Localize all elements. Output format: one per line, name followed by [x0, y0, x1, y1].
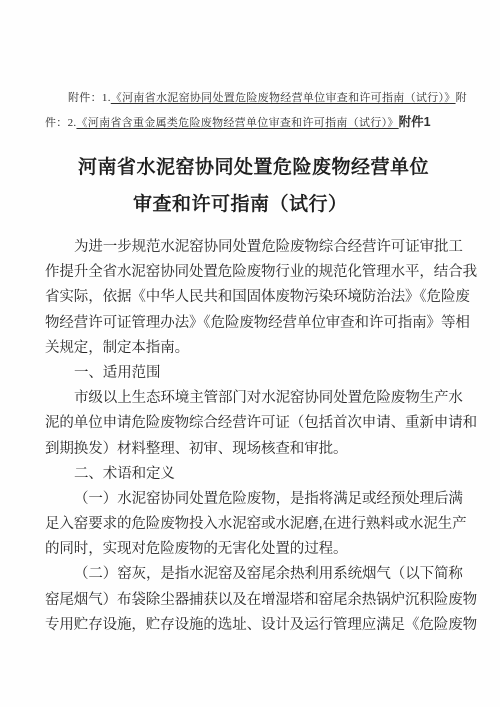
- attachment-note-line-2: 件：2.《河南省含重金属类危险废物经营单位审查和许可指南（试行）》附件1: [45, 110, 469, 135]
- appendix-marker: 附件1: [399, 115, 431, 129]
- attachment-continuation: 件：: [45, 117, 68, 129]
- attachment-item-2-title: 《河南省含重金属类危险废物经营单位审查和许可指南（试行）》: [76, 117, 398, 129]
- section-heading-1: 一、适用范围: [45, 361, 469, 386]
- section-heading-2: 二、术语和定义: [45, 462, 469, 487]
- attachment-label: 附件：: [68, 92, 102, 104]
- attachment-item-1-number: 1.: [102, 92, 111, 104]
- attachment-wrap-char: 附: [456, 92, 467, 104]
- document-title: 河南省水泥窑协同处置危险废物经营单位 审查和许可指南（试行）: [45, 149, 462, 223]
- body-line: 窑尾烟气）布袋除尘器捕获以及在增湿塔和窑尾余热锅炉沉积险废物: [45, 588, 469, 613]
- body-line: 专用贮存设施，贮存设施的选址、设计及运行管理应满足《危险废物: [45, 613, 469, 638]
- attachment-note-line-1: 附件：1.《河南省水泥窑协同处置危险废物经营单位审查和许可指南（试行）》附: [45, 86, 469, 110]
- body-line: （一）水泥窑协同处置危险废物，是指将满足或经预处理后满: [45, 487, 469, 512]
- document-title-line-1: 河南省水泥窑协同处置危险废物经营单位: [45, 149, 462, 186]
- body-line: 市级以上生态环境主管部门对水泥窑协同处置危险废物生产水: [45, 386, 469, 411]
- body-line: 为进一步规范水泥窑协同处置危险废物综合经营许可证审批工: [45, 235, 469, 260]
- body-line: 足入窑要求的危险废物投入水泥窑或水泥磨,在进行熟料或水泥生产: [45, 512, 469, 537]
- body-line: 关规定，制定本指南。: [45, 336, 469, 361]
- body-line: 的同时，实现对危险废物的无害化处置的过程。: [45, 537, 469, 562]
- body-line: 泥的单位申请危险废物综合经营许可证（包括首次申请、重新申请和: [45, 411, 469, 436]
- body-line: 物经营许可证管理办法》《危险废物经营单位审查和许可指南》等相: [45, 311, 469, 336]
- body-line: （二）窑灰，是指水泥窑及窑尾余热利用系统烟气（以下简称: [45, 562, 469, 587]
- body-line: 作提升全省水泥窑协同处置危险废物行业的规范化管理水平，结合我: [45, 260, 469, 285]
- document-page: 附件：1.《河南省水泥窑协同处置危险废物经营单位审查和许可指南（试行）》附 件：…: [0, 0, 500, 707]
- document-title-line-2: 审查和许可指南（试行）: [45, 186, 462, 223]
- body-paragraphs: 为进一步规范水泥窑协同处置危险废物综合经营许可证审批工 作提升全省水泥窑协同处置…: [45, 235, 469, 638]
- attachment-item-1-title: 《河南省水泥窑协同处置危险废物经营单位审查和许可指南（试行）》: [111, 92, 456, 104]
- attachment-note: 附件：1.《河南省水泥窑协同处置危险废物经营单位审查和许可指南（试行）》附 件：…: [45, 86, 469, 135]
- body-line: 到期换发）材料整理、初审、现场核查和审批。: [45, 437, 469, 462]
- body-line: 省实际，依据《中华人民共和国固体废物污染环境防治法》《危险废: [45, 285, 469, 310]
